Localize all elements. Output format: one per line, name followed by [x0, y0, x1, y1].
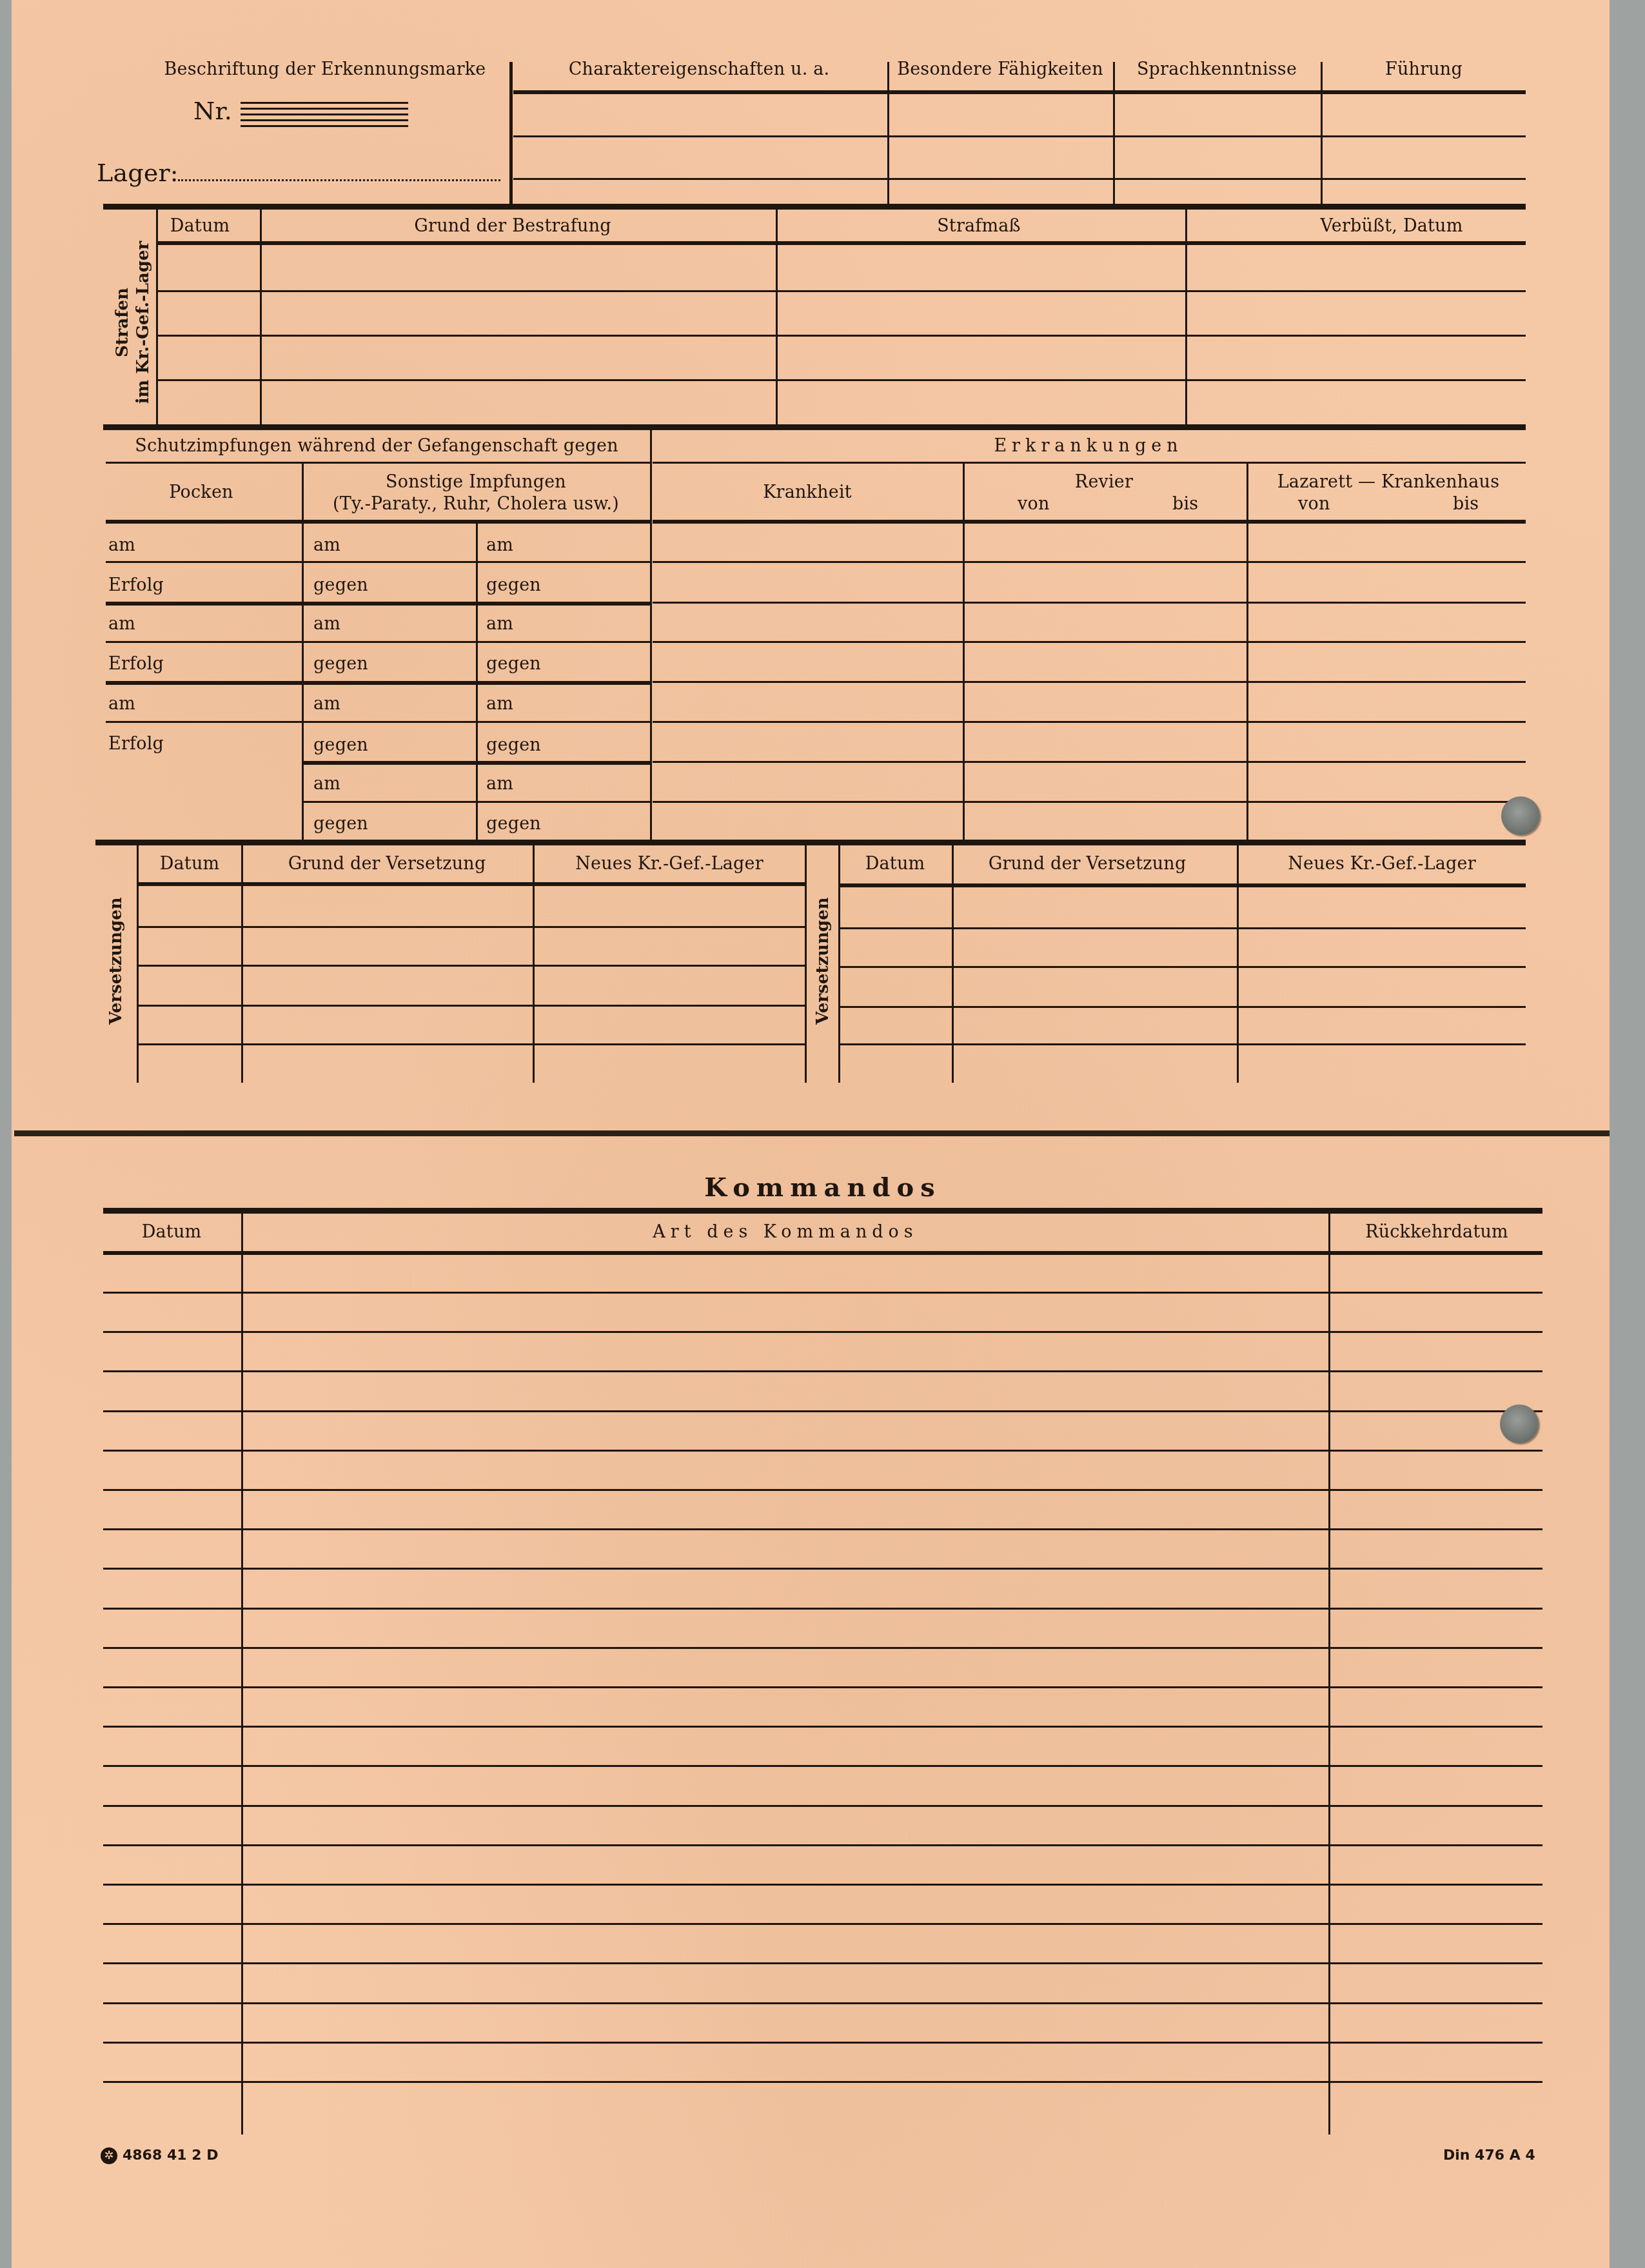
form-sheet: Beschriftung der Erkennungsmarke Nr. Lag… [12, 0, 1610, 2268]
kommandos-row-line[interactable] [103, 1923, 1542, 1925]
sonstige-gegen-3b[interactable]: gegen [486, 735, 541, 755]
kommandos-col-datum: Datum [142, 1222, 202, 1242]
erkr-row-line[interactable] [653, 761, 1526, 763]
header-divider [509, 62, 513, 206]
lazarett-von-label: von [1298, 494, 1330, 514]
erkr-row-line[interactable] [653, 721, 1526, 723]
col-fuehrung: Führung [1385, 59, 1463, 79]
col-divider [302, 462, 304, 842]
kommandos-row-line[interactable] [103, 1726, 1542, 1728]
kommandos-row-line[interactable] [103, 2042, 1542, 2044]
vers-row-line[interactable] [138, 965, 806, 967]
impf-group-rule [302, 761, 650, 765]
vers-row-line[interactable] [840, 966, 1526, 968]
strafen-row-line[interactable] [157, 290, 1526, 292]
kommandos-row-line[interactable] [103, 1489, 1542, 1491]
erkr-row-line[interactable] [653, 681, 1526, 683]
erkr-title-rule [653, 462, 1526, 464]
header-row-line[interactable] [513, 135, 1526, 137]
kommandos-row-line[interactable] [103, 1450, 1542, 1452]
sonstige-gegen-2b[interactable]: gegen [486, 654, 541, 674]
strafen-header-rule [157, 241, 1526, 245]
erkr-row-line[interactable] [653, 641, 1526, 643]
kommandos-row-line[interactable] [103, 1686, 1542, 1688]
strafen-side-label: Strafen im Kr.-Gef.-Lager [112, 241, 153, 404]
pocken-erfolg-1[interactable]: Erfolg [108, 575, 164, 595]
sonstige-am-2a[interactable]: am [313, 614, 340, 634]
fold-line [14, 1130, 1611, 1136]
pocken-am-1[interactable]: am [108, 535, 135, 555]
col-divider [952, 845, 954, 1083]
impf-group-rule [106, 602, 650, 606]
col-divider [533, 845, 535, 1083]
impf-group-rule [106, 681, 650, 685]
erkr-row-line[interactable] [653, 801, 1526, 803]
lazarett-label: Lazarett — Krankenhaus [1277, 472, 1500, 492]
erkennungsmarke-label: Beschriftung der Erkennungsmarke [164, 59, 486, 79]
vers-row-line[interactable] [138, 1043, 806, 1045]
strafen-col-grund: Grund der Bestrafung [414, 216, 611, 236]
col-divider [805, 845, 807, 1083]
kommandos-row-line[interactable] [103, 1292, 1542, 1294]
kommandos-row-line[interactable] [103, 1884, 1542, 1886]
col-divider [137, 845, 139, 1083]
kommandos-header-rule [103, 1251, 1542, 1255]
scan-margin [1610, 0, 1645, 2268]
kommandos-row-line[interactable] [103, 1805, 1542, 1807]
header-rule [513, 90, 1526, 94]
col-divider [838, 845, 840, 1083]
impf-row-line [302, 801, 650, 803]
lager-field[interactable] [178, 179, 500, 181]
vers-right-col-datum: Datum [865, 854, 925, 874]
sonstige-gegen-4a[interactable]: gegen [313, 814, 368, 834]
sonstige-gegen-3a[interactable]: gegen [313, 735, 368, 755]
impfungen-title: Schutzimpfungen während der Gefangenscha… [135, 436, 618, 456]
kommandos-row-line[interactable] [103, 1410, 1542, 1412]
vers-right-col-lager: Neues Kr.-Gef.-Lager [1288, 854, 1476, 874]
kommandos-row-line[interactable] [103, 1528, 1542, 1530]
kommandos-title: Kommandos [704, 1172, 941, 1203]
kommandos-row-line[interactable] [103, 1370, 1542, 1372]
strafen-row-line[interactable] [157, 379, 1526, 381]
krankheit-label: Krankheit [763, 482, 852, 502]
kommandos-row-line[interactable] [103, 1608, 1542, 1610]
strafen-col-datum: Datum [170, 216, 230, 236]
kommandos-top-rule [103, 1208, 1542, 1214]
pocken-erfolg-2[interactable]: Erfolg [108, 654, 164, 674]
sonstige-gegen-1b[interactable]: gegen [486, 575, 541, 595]
col-divider [1237, 845, 1239, 1083]
pocken-am-3[interactable]: am [108, 694, 135, 714]
col-sprachkenntnisse: Sprachkenntnisse [1137, 59, 1297, 79]
punch-hole-icon [1500, 1405, 1539, 1443]
strafen-side-label-2: im Kr.-Gef.-Lager [133, 241, 153, 404]
section-rule [103, 424, 1526, 430]
col-faehigkeiten: Besondere Fähigkeiten [897, 59, 1103, 79]
kommandos-row-line[interactable] [103, 1962, 1542, 1964]
sonstige-am-3b[interactable]: am [486, 694, 513, 714]
impf-header-rule [106, 520, 650, 524]
impf-row-line [106, 721, 650, 723]
vers-row-line[interactable] [138, 926, 806, 928]
lazarett-bis-label: bis [1453, 494, 1479, 514]
erkr-header-rule [653, 520, 1526, 524]
pocken-am-2[interactable]: am [108, 614, 135, 634]
kommandos-row-line[interactable] [103, 1844, 1542, 1846]
vers-row-line[interactable] [840, 1006, 1526, 1008]
vers-row-line[interactable] [138, 1005, 806, 1007]
section-rule [103, 204, 1526, 210]
col-divider [241, 845, 243, 1083]
vers-left-col-lager: Neues Kr.-Gef.-Lager [575, 854, 763, 874]
impf-row-line [106, 641, 650, 643]
col-divider [1328, 1212, 1330, 2135]
sonstige-gegen-4b[interactable]: gegen [486, 814, 541, 834]
kommandos-row-line[interactable] [103, 1765, 1542, 1767]
kommandos-row-line[interactable] [103, 2081, 1542, 2083]
sonstige-am-4a[interactable]: am [313, 774, 340, 794]
col-divider [241, 1212, 243, 2135]
versetzungen-side-label-left: Versetzungen [106, 897, 126, 1024]
vers-header-rule [138, 882, 806, 886]
col-divider [887, 62, 889, 206]
vers-row-line[interactable] [840, 1043, 1526, 1045]
kommandos-row-line[interactable] [103, 2002, 1542, 2004]
sonstige-label-1: Sonstige Impfungen [386, 472, 566, 492]
pocken-erfolg-3[interactable]: Erfolg [108, 734, 164, 754]
sonstige-am-2b[interactable]: am [486, 614, 513, 634]
vers-row-line[interactable] [840, 927, 1526, 929]
kommandos-row-line[interactable] [103, 1647, 1542, 1649]
din-label: Din 476 A 4 [1443, 2147, 1535, 2164]
sonstige-am-4b[interactable]: am [486, 774, 513, 794]
punch-hole-icon [1501, 796, 1540, 835]
impf-title-rule [106, 462, 650, 464]
versetzungen-side-label-right: Versetzungen [813, 897, 833, 1024]
impf-erkr-divider [650, 430, 652, 843]
kommandos-row-line[interactable] [103, 1568, 1542, 1570]
col-charakter: Charaktereigenschaften u. a. [569, 59, 830, 79]
impf-row-line [106, 561, 650, 563]
col-divider [1113, 62, 1115, 206]
strafen-col-verbuesst: Verbüßt, Datum [1320, 216, 1463, 236]
sonstige-am-1a[interactable]: am [313, 535, 340, 555]
revier-label: Revier [1075, 472, 1133, 492]
printer-mark-icon: ✲ [101, 2147, 117, 2164]
erkr-row-line[interactable] [653, 602, 1526, 604]
erkr-row-line[interactable] [653, 561, 1526, 563]
header-row-line[interactable] [513, 178, 1526, 180]
kommandos-col-rueckkehr: Rückkehrdatum [1365, 1222, 1508, 1242]
vers-right-col-grund: Grund der Versetzung [989, 854, 1187, 874]
section-rule [95, 840, 1526, 845]
strafen-row-line[interactable] [157, 335, 1526, 337]
col-divider [1321, 62, 1323, 206]
erkrankungen-title: Erkrankungen [994, 436, 1183, 456]
revier-bis-label: bis [1172, 494, 1198, 514]
nr-label: Nr. [193, 97, 232, 125]
print-code: 4868 41 2 D [123, 2147, 218, 2164]
sonstige-label-2: (Ty.-Paraty., Ruhr, Cholera usw.) [333, 494, 619, 514]
strafen-side-label-1: Strafen [112, 241, 133, 404]
vers-header-rule [840, 883, 1526, 887]
lager-label: Lager: [97, 159, 179, 187]
kommandos-col-art: Art des Kommandos [653, 1222, 918, 1242]
kommandos-row-line[interactable] [103, 1331, 1542, 1333]
revier-von-label: von [1018, 494, 1050, 514]
sonstige-gegen-1a[interactable]: gegen [313, 575, 368, 595]
vers-left-col-datum: Datum [160, 854, 220, 874]
strafen-col-strafmass: Strafmaß [937, 216, 1021, 236]
vers-left-col-grund: Grund der Versetzung [288, 854, 486, 874]
sonstige-am-1b[interactable]: am [486, 535, 513, 555]
pocken-label: Pocken [169, 482, 233, 502]
sonstige-am-3a[interactable]: am [313, 694, 340, 714]
nr-field[interactable] [241, 102, 408, 128]
sonstige-gegen-2a[interactable]: gegen [313, 654, 368, 674]
